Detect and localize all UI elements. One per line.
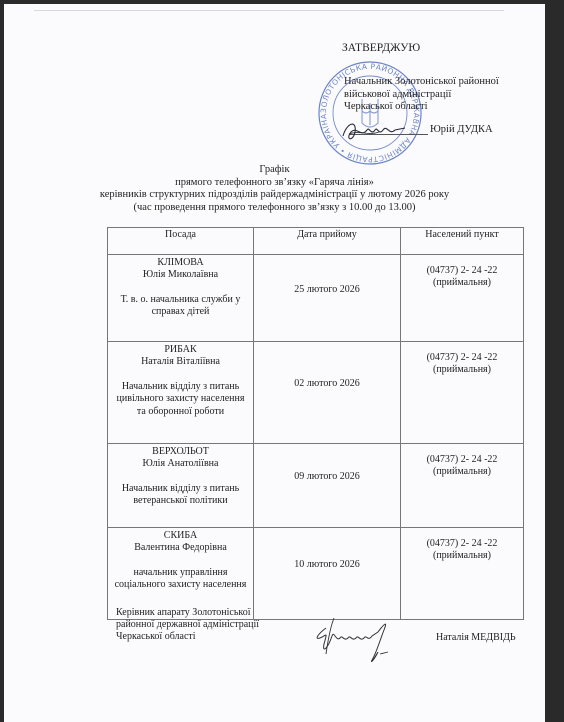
schedule-table: Посада Дата прийому Населений пункт КЛІМ…	[107, 227, 524, 620]
table-header-row: Посада Дата прийому Населений пункт	[108, 228, 524, 255]
position-cell: РИБАК Наталія Віталіївна Начальник відді…	[108, 342, 254, 444]
phone-number: (04737) 2- 24 -22	[404, 265, 520, 277]
surname: ВЕРХОЛЬОТ	[111, 446, 250, 458]
table-row: СКИБА Валентина Федорівна начальник упра…	[108, 528, 524, 620]
surname: СКИБА	[111, 530, 250, 542]
date-value: 02 лютого 2026	[294, 378, 359, 389]
phone-cell: (04737) 2- 24 -22 (приймальня)	[401, 444, 524, 528]
phone-note: (приймальня)	[404, 277, 520, 289]
date-cell: 10 лютого 2026	[254, 528, 401, 620]
approver-signature-icon	[339, 112, 409, 148]
date-value: 25 лютого 2026	[294, 284, 359, 295]
approval-label: ЗАТВЕРДЖУЮ	[342, 42, 420, 54]
approver-position: Начальник Золотоніської районної військо…	[344, 76, 499, 114]
position-cell: КЛІМОВА Юлія Миколаївна Т. в. о. начальн…	[108, 255, 254, 342]
signatory-position-line: Керівник апарату Золотоніської	[116, 607, 259, 619]
approver-position-line: військової адміністрації	[344, 89, 499, 102]
job-title: Т. в. о. начальника служби у справах діт…	[111, 294, 250, 319]
document-page: ЗОЛОТОНІСЬКА РАЙОННА ДЕРЖАВНА АДМІНІСТРА…	[4, 4, 545, 722]
scan-edge-line	[34, 10, 504, 11]
surname: КЛІМОВА	[111, 257, 250, 269]
surname: РИБАК	[111, 344, 250, 356]
job-title: начальник управління соціального захисту…	[111, 567, 250, 592]
phone-number: (04737) 2- 24 -22	[404, 352, 520, 364]
job-title: Начальник відділу з питань цивільного за…	[111, 381, 250, 418]
position-cell: СКИБА Валентина Федорівна начальник упра…	[108, 528, 254, 620]
table-row: ВЕРХОЛЬОТ Юлія Анатоліївна Начальник від…	[108, 444, 524, 528]
position-cell: ВЕРХОЛЬОТ Юлія Анатоліївна Начальник від…	[108, 444, 254, 528]
given-name: Юлія Миколаївна	[111, 269, 250, 281]
phone-note: (приймальня)	[404, 364, 520, 376]
given-name: Наталія Віталіївна	[111, 356, 250, 368]
signatory-position-line: Черкаської області	[116, 631, 259, 643]
date-value: 09 лютого 2026	[294, 471, 359, 482]
phone-number: (04737) 2- 24 -22	[404, 538, 520, 550]
job-title: Начальник відділу з питань ветеранської …	[111, 483, 250, 508]
column-header: Посада	[108, 228, 254, 255]
column-header: Населений пункт	[401, 228, 524, 255]
phone-note: (приймальня)	[404, 466, 520, 478]
title-line: прямого телефонного зв’язку «Гаряча ліні…	[4, 177, 545, 190]
phone-note: (приймальня)	[404, 550, 520, 562]
phone-cell: (04737) 2- 24 -22 (приймальня)	[401, 342, 524, 444]
signatory-signature-icon	[304, 614, 404, 666]
signatory-position: Керівник апарату Золотоніської районної …	[116, 607, 259, 643]
signatory-name: Наталія МЕДВІДЬ	[436, 632, 516, 643]
phone-number: (04737) 2- 24 -22	[404, 454, 520, 466]
given-name: Валентина Федорівна	[111, 542, 250, 554]
approver-name: Юрій ДУДКА	[430, 124, 493, 135]
column-header: Дата прийому	[254, 228, 401, 255]
approver-position-line: Начальник Золотоніської районної	[344, 76, 499, 89]
document-title: Графік прямого телефонного зв’язку «Гаря…	[4, 164, 545, 214]
phone-cell: (04737) 2- 24 -22 (приймальня)	[401, 255, 524, 342]
phone-cell: (04737) 2- 24 -22 (приймальня)	[401, 528, 524, 620]
table-row: КЛІМОВА Юлія Миколаївна Т. в. о. начальн…	[108, 255, 524, 342]
signatory-position-line: районної державної адміністрації	[116, 619, 259, 631]
given-name: Юлія Анатоліївна	[111, 458, 250, 470]
date-cell: 25 лютого 2026	[254, 255, 401, 342]
title-line: (час проведення прямого телефонного зв’я…	[4, 202, 545, 215]
title-line: Графік	[4, 164, 545, 177]
date-cell: 09 лютого 2026	[254, 444, 401, 528]
title-line: керівників структурних підрозділів райде…	[4, 189, 545, 202]
table-row: РИБАК Наталія Віталіївна Начальник відді…	[108, 342, 524, 444]
date-cell: 02 лютого 2026	[254, 342, 401, 444]
date-value: 10 лютого 2026	[294, 559, 359, 570]
